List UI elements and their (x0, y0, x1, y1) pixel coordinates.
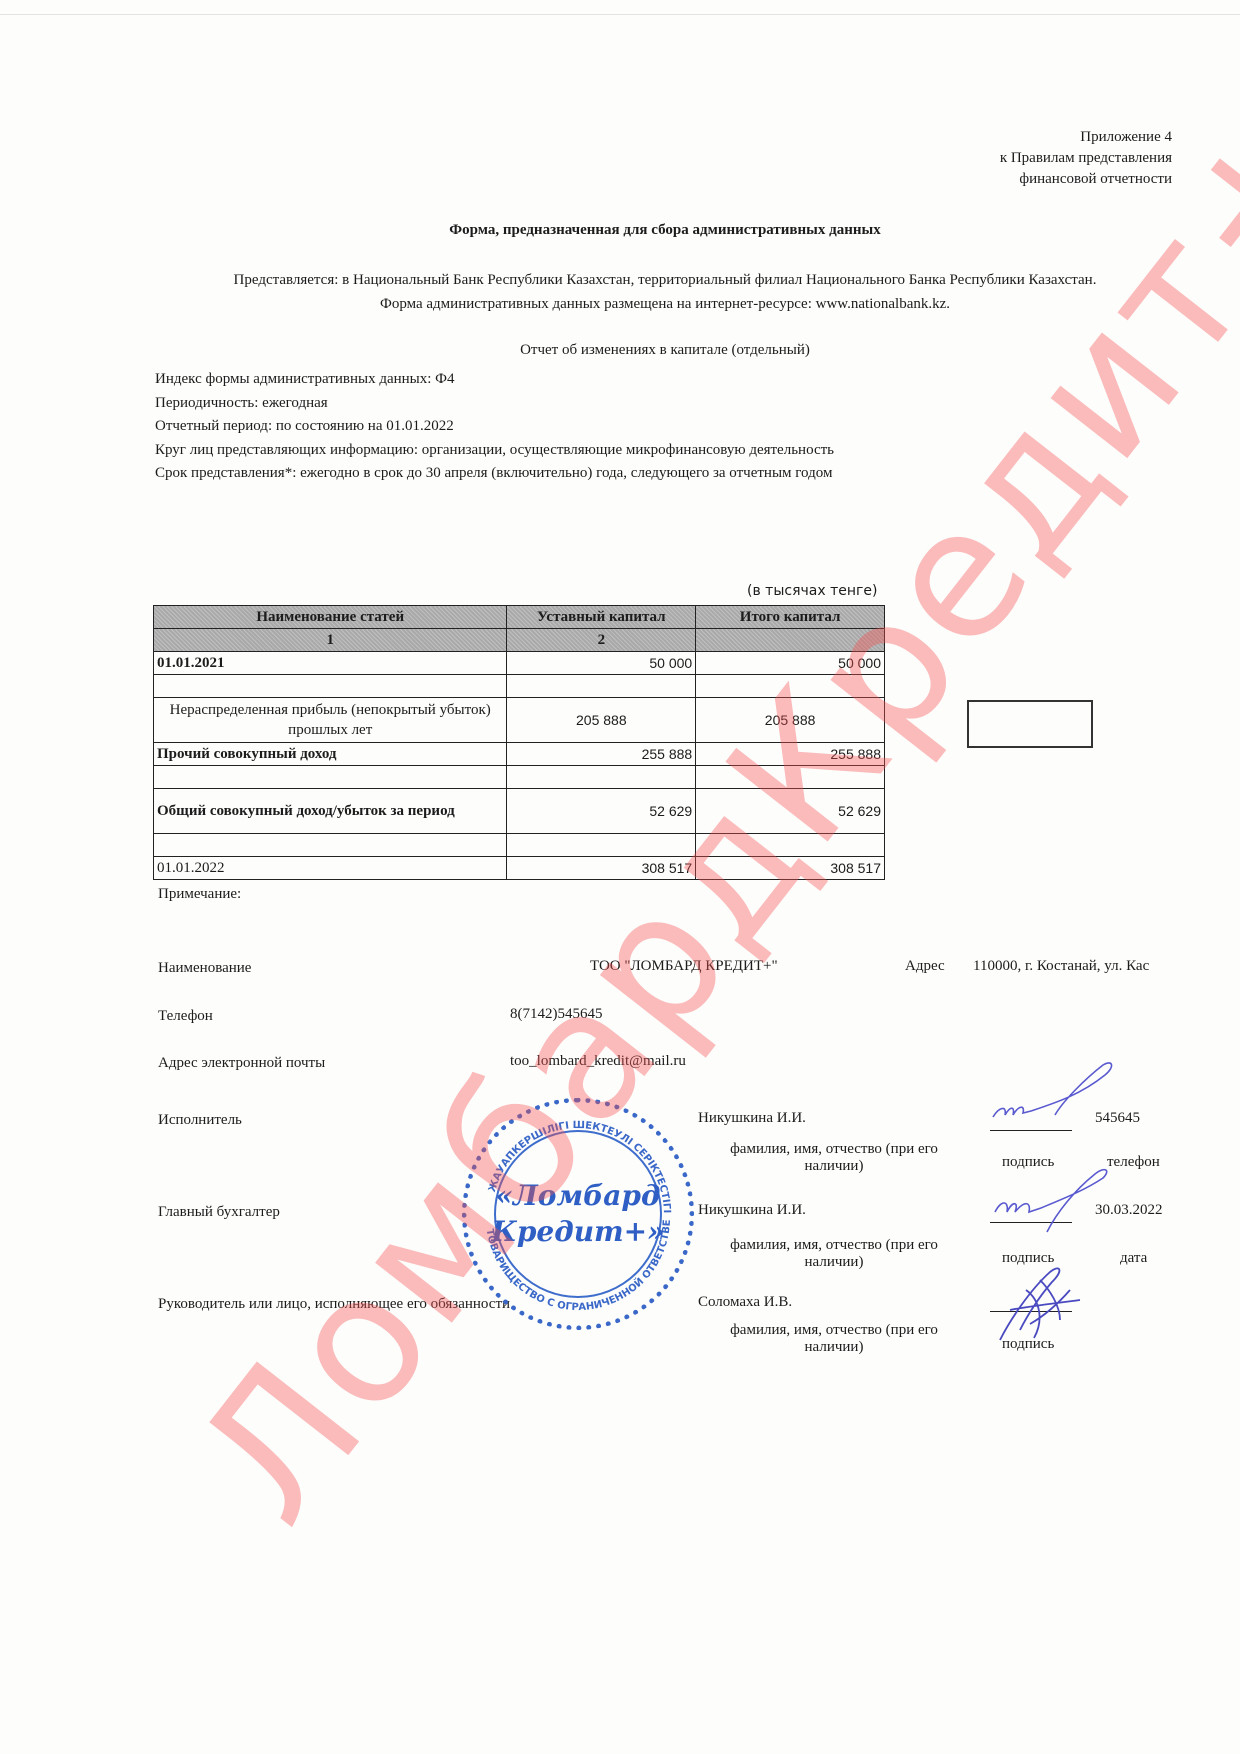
deadline: Срок представления*: ежегодно в срок до … (155, 462, 834, 486)
executor-label: Исполнитель (158, 1112, 242, 1129)
date-caption: дата (1120, 1250, 1147, 1267)
row-charter: 52 629 (507, 789, 696, 834)
org-name-label: Наименование (158, 960, 251, 977)
table-header-row: Наименование статей Уставный капитал Ито… (154, 606, 885, 629)
table-row: Нераспределенная прибыль (непокрытый убы… (154, 698, 885, 743)
row-total (696, 675, 885, 698)
empty-box (967, 700, 1093, 748)
row-label (154, 766, 507, 789)
appendix-header: Приложение 4 к Правилам представления фи… (1000, 127, 1172, 190)
email-value: too_lombard_kredit@mail.ru (510, 1053, 686, 1070)
company-stamp-text: «Ломбард Кредит+» (462, 1178, 694, 1250)
form-title: Форма, предназначенная для сбора админис… (0, 222, 1240, 239)
head-fio-caption: фамилия, имя, отчество (при его наличии) (706, 1322, 962, 1356)
row-total: 50 000 (696, 652, 885, 675)
note-label: Примечание: (158, 886, 241, 903)
row-charter (507, 766, 696, 789)
table-row (154, 834, 885, 857)
form-index: Индекс формы административных данных: Ф4 (155, 368, 834, 392)
chief-accountant-fio-caption: фамилия, имя, отчество (при его наличии) (706, 1237, 962, 1271)
executor-signature (985, 1055, 1135, 1145)
table-row: 01.01.2022 308 517 308 517 (154, 857, 885, 880)
row-label (154, 834, 507, 857)
row-label: Общий совокупный доход/убыток за период (154, 789, 507, 834)
reporters-circle: Круг лиц представляющих информацию: орга… (155, 439, 834, 463)
periodicity: Периодичность: ежегодная (155, 392, 834, 416)
header-number-1: 1 (154, 629, 507, 652)
row-total: 308 517 (696, 857, 885, 880)
submission-line-1: Представляется: в Национальный Банк Респ… (0, 268, 1240, 292)
submission-info: Представляется: в Национальный Банк Респ… (0, 268, 1240, 316)
header-item-name: Наименование статей (154, 606, 507, 629)
row-total: 205 888 (696, 698, 885, 743)
row-label: Нераспределенная прибыль (непокрытый убы… (154, 698, 507, 743)
header-total-capital: Итого капитал (696, 606, 885, 629)
org-address-label: Адрес (905, 958, 945, 975)
watermark-text: ЛомбардКредит+ (157, 328, 1182, 1559)
chief-accountant-signature (985, 1160, 1135, 1240)
row-charter (507, 675, 696, 698)
stamp-line-2: Кредит+» (462, 1214, 694, 1250)
head-label: Руководитель или лицо, исполняющее его о… (158, 1296, 510, 1313)
email-label: Адрес электронной почты (158, 1055, 325, 1072)
row-charter: 50 000 (507, 652, 696, 675)
executor-name: Никушкина И.И. (698, 1110, 806, 1127)
phone-value: 8(7142)545645 (510, 1006, 603, 1023)
head-name: Соломаха И.В. (698, 1294, 792, 1311)
header-number-2: 2 (507, 629, 696, 652)
table-header-numbers-row: 1 2 (154, 629, 885, 652)
row-label: 01.01.2021 (154, 652, 507, 675)
report-title: Отчет об изменениях в капитале (отдельны… (0, 342, 1240, 359)
scan-edge-line (0, 14, 1240, 15)
appendix-line-2: к Правилам представления (1000, 148, 1172, 169)
row-charter: 308 517 (507, 857, 696, 880)
table-row (154, 675, 885, 698)
row-label: Прочий совокупный доход (154, 743, 507, 766)
chief-accountant-name: Никушкина И.И. (698, 1202, 806, 1219)
stamp-line-1: «Ломбард (462, 1178, 694, 1214)
phone-label: Телефон (158, 1008, 213, 1025)
org-name-value: ТОО "ЛОМБАРД КРЕДИТ+" (590, 958, 778, 975)
row-label (154, 675, 507, 698)
row-charter (507, 834, 696, 857)
header-number-3 (696, 629, 885, 652)
table-row (154, 766, 885, 789)
units-label: (в тысячах тенге) (747, 583, 877, 599)
row-total (696, 834, 885, 857)
table-row: 01.01.2021 50 000 50 000 (154, 652, 885, 675)
row-label: 01.01.2022 (154, 857, 507, 880)
row-total: 255 888 (696, 743, 885, 766)
table-row: Прочий совокупный доход 255 888 255 888 (154, 743, 885, 766)
chief-accountant-label: Главный бухгалтер (158, 1204, 280, 1221)
capital-changes-table: Наименование статей Уставный капитал Ито… (153, 605, 885, 880)
table-row: Общий совокупный доход/убыток за период … (154, 789, 885, 834)
executor-fio-caption: фамилия, имя, отчество (при его наличии) (706, 1141, 962, 1175)
head-signature (990, 1260, 1100, 1350)
org-address-value: 110000, г. Костанай, ул. Кас (973, 958, 1180, 975)
row-charter: 255 888 (507, 743, 696, 766)
row-charter: 205 888 (507, 698, 696, 743)
row-total: 52 629 (696, 789, 885, 834)
header-charter-capital: Уставный капитал (507, 606, 696, 629)
submission-line-2: Форма административных данных размещена … (0, 292, 1240, 316)
appendix-line-1: Приложение 4 (1000, 127, 1172, 148)
appendix-line-3: финансовой отчетности (1000, 169, 1172, 190)
reporting-period: Отчетный период: по состоянию на 01.01.2… (155, 415, 834, 439)
row-total (696, 766, 885, 789)
form-metadata: Индекс формы административных данных: Ф4… (155, 368, 834, 486)
